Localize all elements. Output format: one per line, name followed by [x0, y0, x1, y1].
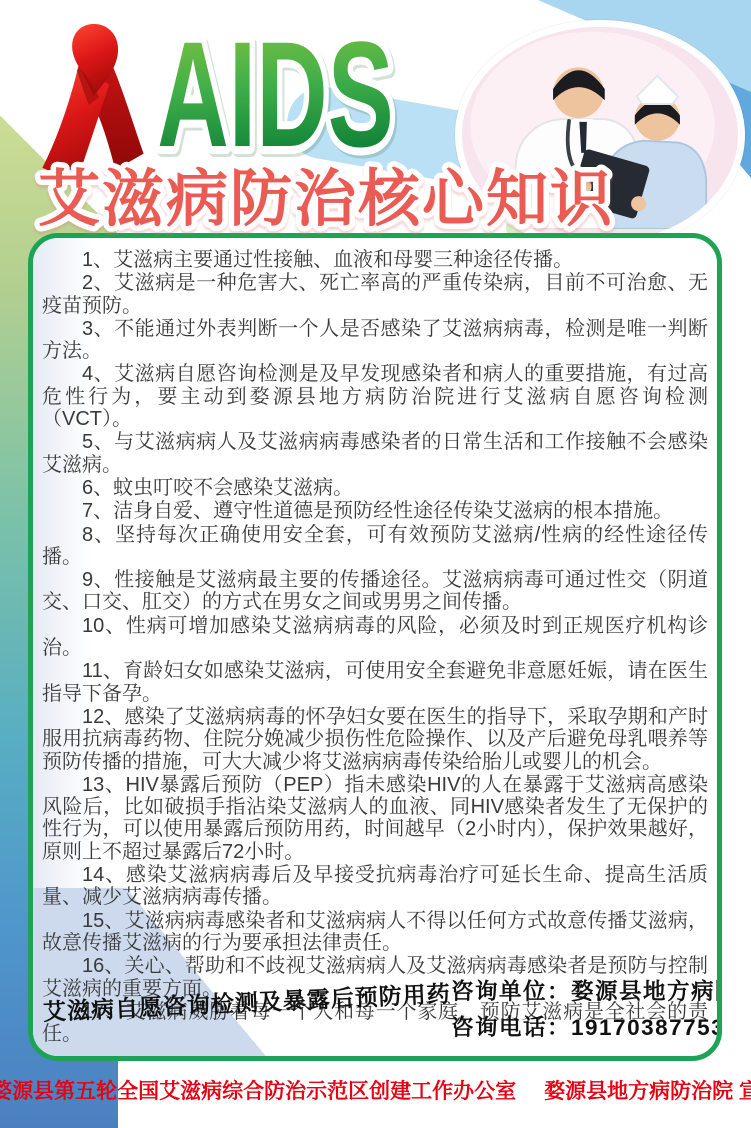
knowledge-item: 1、艾滋病主要通过性接触、血液和母婴三种途径传播。: [42, 249, 708, 271]
knowledge-list: 1、艾滋病主要通过性接触、血液和母婴三种途径传播。 2、艾滋病是一种危害大、死亡…: [42, 248, 708, 1046]
knowledge-item: 8、坚持每次正确使用安全套，可有效预防艾滋病/性病的经性途径传播。: [42, 524, 708, 569]
knowledge-item: 15、艾滋病病毒感染者和艾滋病病人不得以任何方式故意传播艾滋病，故意传播艾滋病的…: [42, 910, 708, 955]
knowledge-item: 5、与艾滋病病人及艾滋病病毒感染者的日常生活和工作接触不会感染艾滋病。: [42, 431, 708, 476]
contact-phone-label: 咨询电话：: [451, 1015, 571, 1040]
contact-unit-line: 咨询单位：婺源县地方病防治院: [451, 974, 722, 1010]
footer-office: 婺源县第五轮全国艾滋病综合防治示范区创建工作办公室: [0, 1075, 516, 1105]
knowledge-item: 6、蚊虫叮咬不会感染艾滋病。: [42, 477, 708, 499]
knowledge-item: 11、育龄妇女如感染艾滋病，可使用安全套避免非意愿妊娠，请在医生指导下备孕。: [42, 660, 708, 705]
knowledge-item: 4、艾滋病自愿咨询检测是及早发现感染者和病人的重要措施，有过高危性行为，要主动到…: [42, 363, 708, 430]
contact-phone-value: 19170387753: [571, 1015, 722, 1040]
knowledge-item: 10、性病可增加感染艾滋病病毒的风险，必须及时到正规医疗机构诊治。: [42, 615, 708, 660]
knowledge-item: 13、HIV暴露后预防（PEP）指未感染HIV的人在暴露于艾滋病高感染风险后，比…: [42, 774, 708, 863]
knowledge-item: 12、感染了艾滋病病毒的怀孕妇女要在医生的指导下，采取孕期和产时服用抗病毒药物、…: [42, 706, 708, 773]
knowledge-box: 1、艾滋病主要通过性接触、血液和母婴三种途径传播。 2、艾滋病是一种危害大、死亡…: [28, 233, 722, 1061]
knowledge-item: 14、感染艾滋病病毒后及早接受抗病毒治疗可延长生命、提高生活质量、减少艾滋病病毒…: [42, 864, 708, 909]
knowledge-item: 7、洁身自爱、遵守性道德是预防经性途径传染艾滋病的根本措施。: [42, 500, 708, 522]
main-title-text: 艾滋病防治核心知识: [38, 165, 614, 234]
contact-unit-label: 咨询单位：: [451, 979, 571, 1004]
footer-credit: 婺源县第五轮全国艾滋病综合防治示范区创建工作办公室 婺源县地方病防治院 宣: [0, 1070, 751, 1110]
knowledge-item: 3、不能通过外表判断一个人是否感染了艾滋病病毒，检测是唯一判断方法。: [42, 318, 708, 363]
contact-unit-value: 婺源县地方病防治院: [571, 979, 722, 1004]
knowledge-item: 9、性接触是艾滋病最主要的传播途径。艾滋病病毒可通过性交（阴道交、口交、肛交）的…: [42, 569, 708, 614]
vct-slogan: 艾滋病自愿咨询检测及暴露后预防用药: [42, 975, 451, 1026]
contact-info: 咨询单位：婺源县地方病防治院 咨询电话：19170387753: [451, 974, 722, 1046]
main-title: 艾滋病防治核心知识: [28, 146, 648, 242]
footer-publisher: 婺源县地方病防治院 宣: [544, 1075, 751, 1105]
contact-phone-line: 咨询电话：19170387753: [451, 1010, 722, 1046]
contact-row: 艾滋病自愿咨询检测及暴露后预防用药 咨询单位：婺源县地方病防治院 咨询电话：19…: [43, 972, 709, 1048]
aids-poster: AIDS 艾滋病防治核心知识: [0, 0, 751, 1128]
knowledge-item: 2、艾滋病是一种危害大、死亡率高的严重传染病，目前不可治愈、无疫苗预防。: [42, 272, 708, 317]
